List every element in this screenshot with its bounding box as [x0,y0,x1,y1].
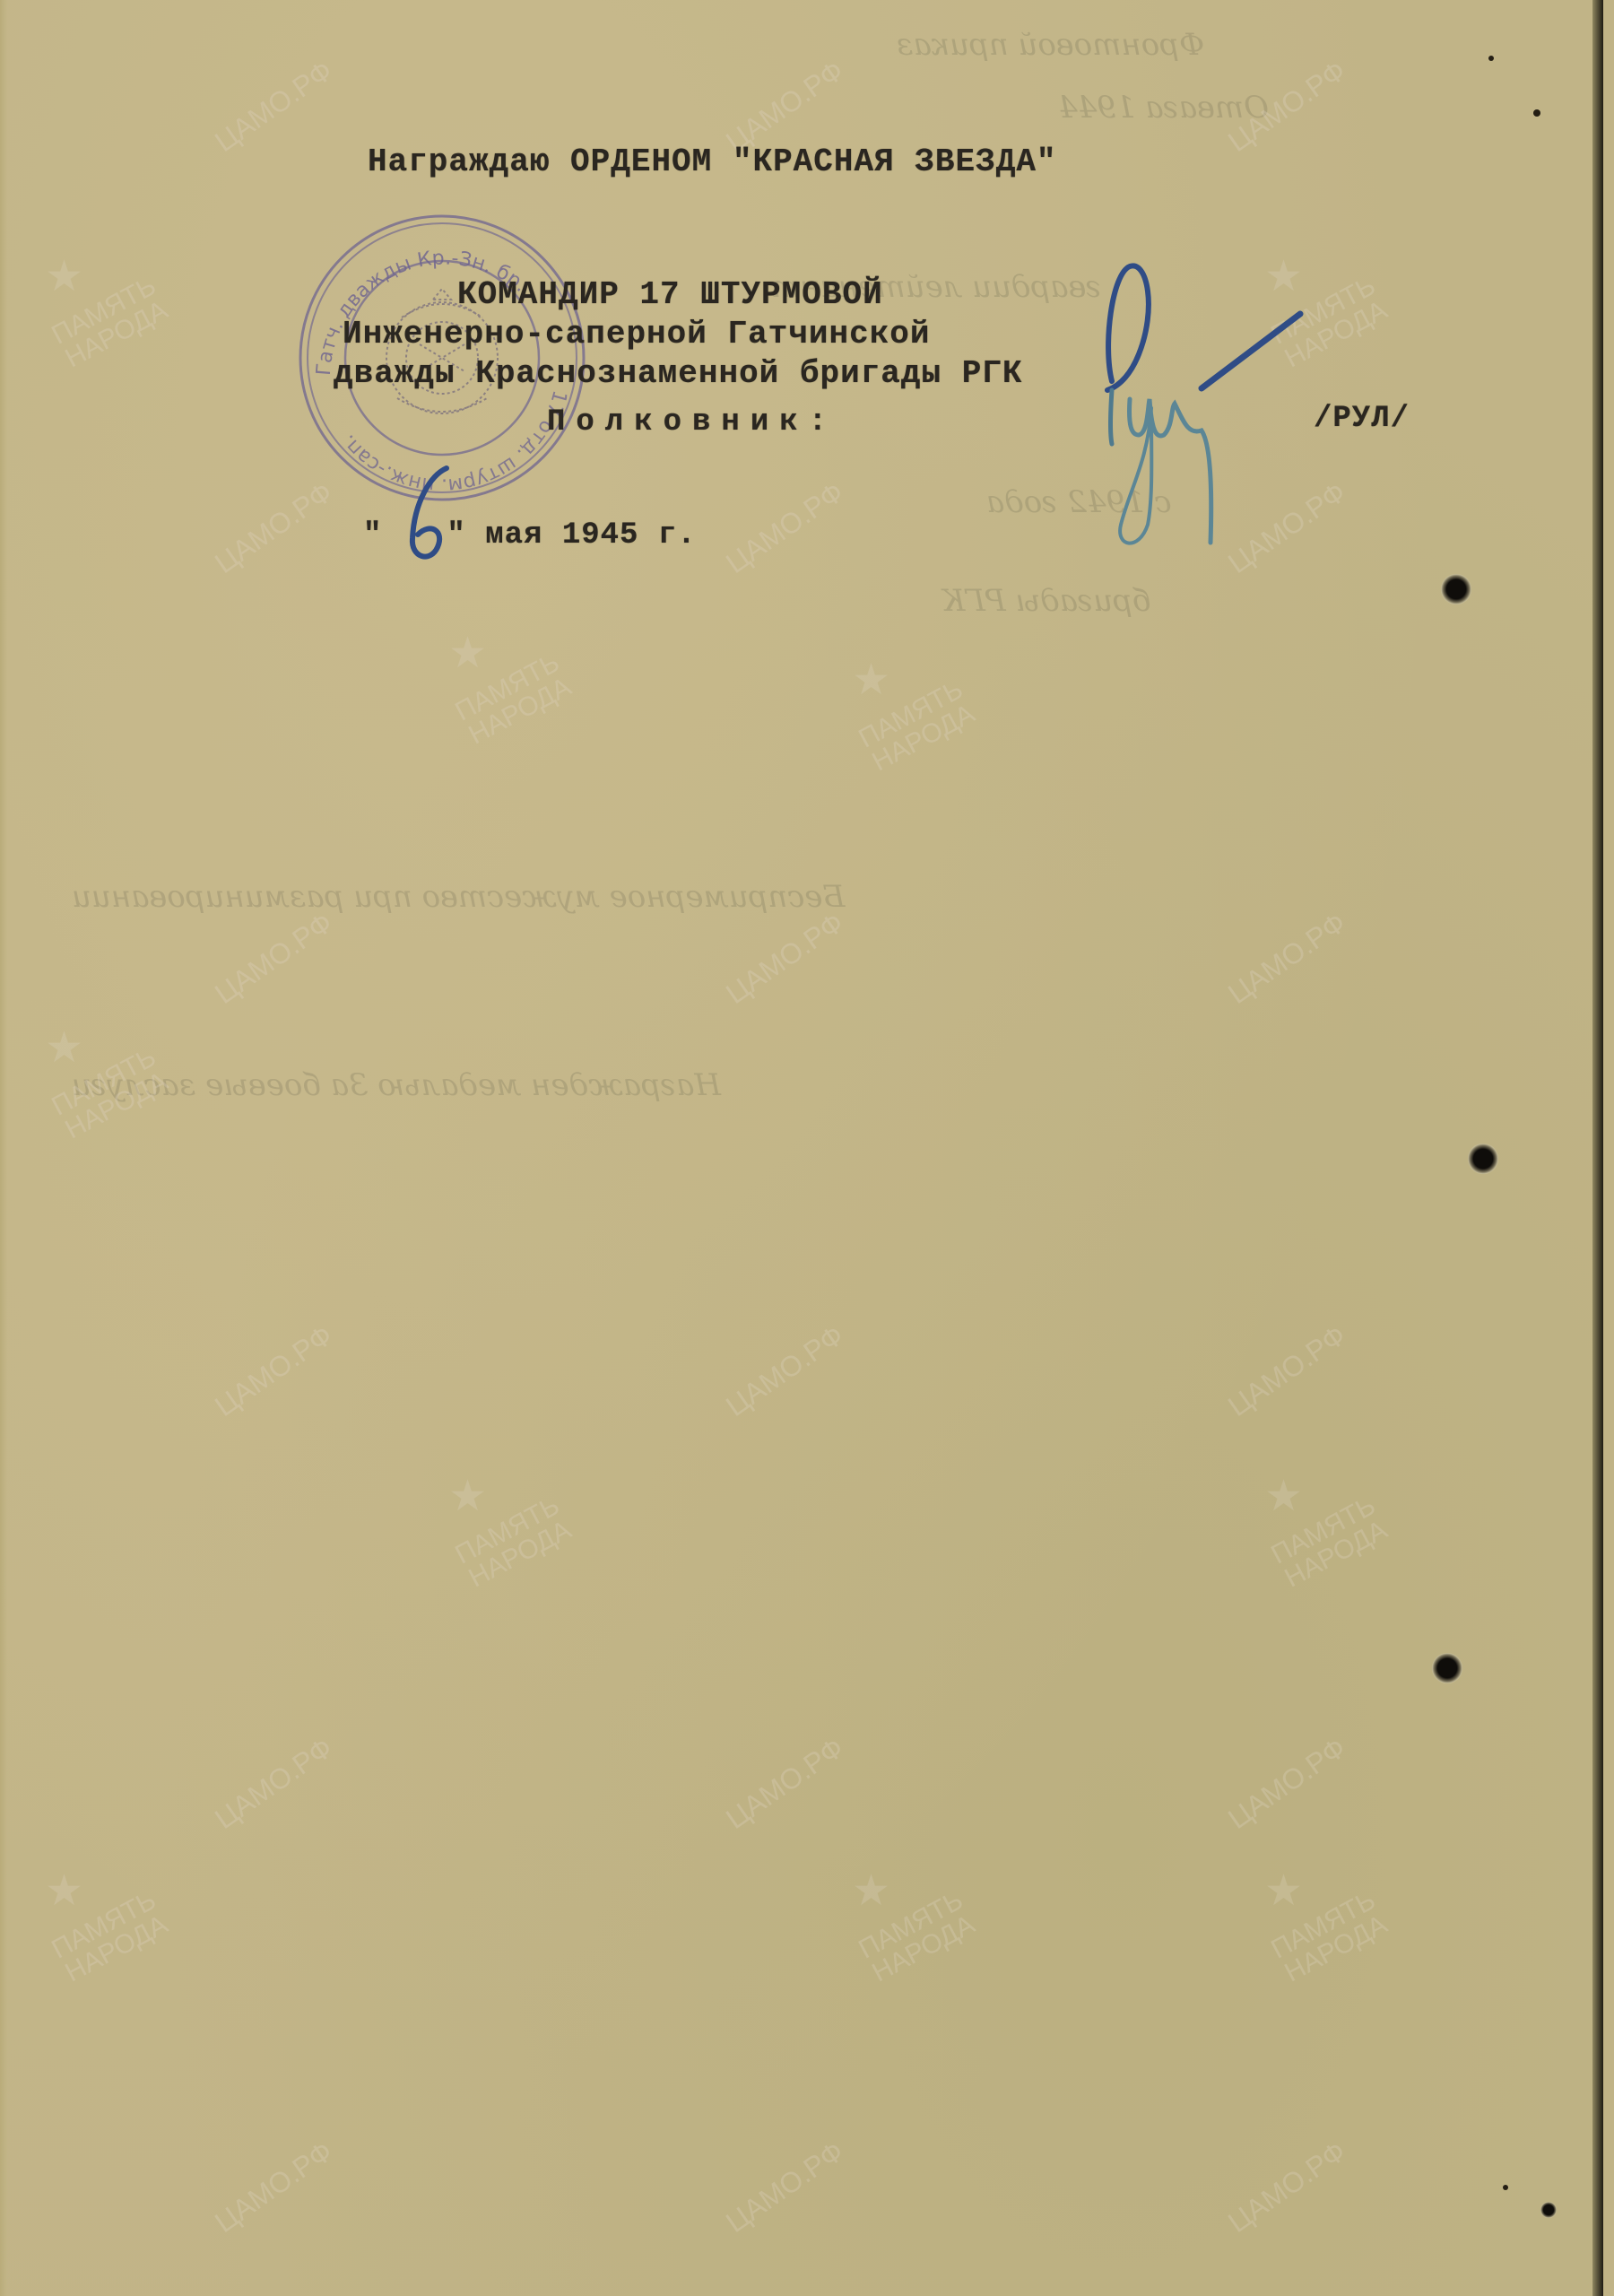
punch-hole [1468,1144,1498,1174]
watermark-project-line2: НАРОДА [60,295,172,373]
watermark-archive: ЦАМО.РФ [209,1318,339,1423]
bleed-through-text: Беспримерное мужество при разминировании [72,879,845,915]
watermark-project: ПАМЯТЬНАРОДА [48,273,173,373]
paper-speck [1488,56,1494,61]
watermark-project: ПАМЯТЬНАРОДА [855,676,980,777]
watermark-archive: ЦАМО.РФ [209,2135,339,2239]
watermark-archive: ЦАМО.РФ [720,906,850,1011]
watermark-project: ПАМЯТЬНАРОДА [451,649,577,750]
watermark-archive: ЦАМО.РФ [720,1318,850,1423]
watermark-archive: ЦАМО.РФ [209,54,339,159]
watermark-star-icon: ★ [45,1022,83,1073]
punch-hole [1432,1653,1462,1683]
date-month-year: мая 1945 г. [485,518,696,552]
watermark-star-icon: ★ [45,251,83,301]
watermark-archive: ЦАМО.РФ [1222,1318,1352,1423]
watermark-star-icon: ★ [45,1865,83,1916]
watermark-project-line1: ПАМЯТЬ [450,1491,564,1570]
watermark-project-line1: ПАМЯТЬ [854,674,968,753]
watermark-project-line2: НАРОДА [867,699,979,777]
watermark-archive: ЦАМО.РФ [720,475,850,580]
watermark-star-icon: ★ [1264,1865,1303,1916]
paper-speck [1533,109,1540,117]
watermark-project-line2: НАРОДА [1280,1515,1392,1593]
handwritten-signature: Рул [1076,256,1309,552]
watermark-archive: ЦАМО.РФ [209,906,339,1011]
commander-title-line1: КОМАНДИР 17 ШТУРМОВОЙ [457,276,883,313]
bleed-through-text: бригады РГК [941,583,1151,619]
watermark-star-icon: ★ [1264,1471,1303,1521]
bleed-through-text: Награжден медалью За боевые заслуги [72,1067,721,1103]
watermark-project-line1: ПАМЯТЬ [1266,1885,1380,1964]
watermark-project-line2: НАРОДА [464,672,576,750]
watermark-archive: ЦАМО.РФ [1222,1731,1352,1836]
page-left-edge [0,0,7,2296]
watermark-archive: ЦАМО.РФ [720,1731,850,1836]
punch-hole [1441,574,1471,604]
punch-hole [1540,2202,1557,2218]
bleed-through-text: Фронтовой приказ [897,27,1204,63]
watermark-archive: ЦАМО.РФ [1222,906,1352,1011]
rank-label: Полковник: [547,405,837,439]
watermark-archive: ЦАМО.РФ [1222,2135,1352,2239]
watermark-project: ПАМЯТЬНАРОДА [1267,1492,1393,1593]
watermark-project: ПАМЯТЬНАРОДА [1267,1887,1393,1987]
watermark-project: ПАМЯТЬНАРОДА [451,1492,577,1593]
watermark-project: ПАМЯТЬНАРОДА [855,1887,980,1987]
watermark-project-line1: ПАМЯТЬ [47,271,161,350]
watermark-star-icon: ★ [448,628,487,678]
watermark-project-line2: НАРОДА [60,1909,172,1987]
signatory-name: /РУЛ/ [1314,402,1410,436]
watermark-project-line1: ПАМЯТЬ [450,648,564,726]
document-page: Фронтовой приказ Отвага 1944 гвардии лей… [0,0,1603,2296]
watermark-archive: ЦАМО.РФ [209,1731,339,1836]
watermark-project-line2: НАРОДА [1280,1909,1392,1987]
handwritten-day: 6 [395,457,466,565]
watermark-project-line1: ПАМЯТЬ [47,1885,161,1964]
award-statement: Награждаю ОРДЕНОМ "КРАСНАЯ ЗВЕЗДА" [368,143,1057,180]
date-open-quote: " [363,518,382,552]
page-right-edge [1592,0,1603,2296]
watermark-star-icon: ★ [852,1865,890,1916]
watermark-star-icon: ★ [852,655,890,705]
commander-title-line3: дважды Краснознаменной бригады РГК [334,355,1023,392]
watermark-project-line2: НАРОДА [867,1909,979,1987]
commander-title-line2: Инженерно-саперной Гатчинской [343,316,931,352]
watermark-project: ПАМЯТЬНАРОДА [48,1887,173,1987]
bleed-through-text: Отвага 1944 [1058,90,1269,126]
watermark-project-line2: НАРОДА [464,1515,576,1593]
paper-speck [1503,2185,1508,2190]
watermark-star-icon: ★ [448,1471,487,1521]
watermark-project-line1: ПАМЯТЬ [1266,1491,1380,1570]
watermark-project-line1: ПАМЯТЬ [854,1885,968,1964]
watermark-archive: ЦАМО.РФ [720,2135,850,2239]
